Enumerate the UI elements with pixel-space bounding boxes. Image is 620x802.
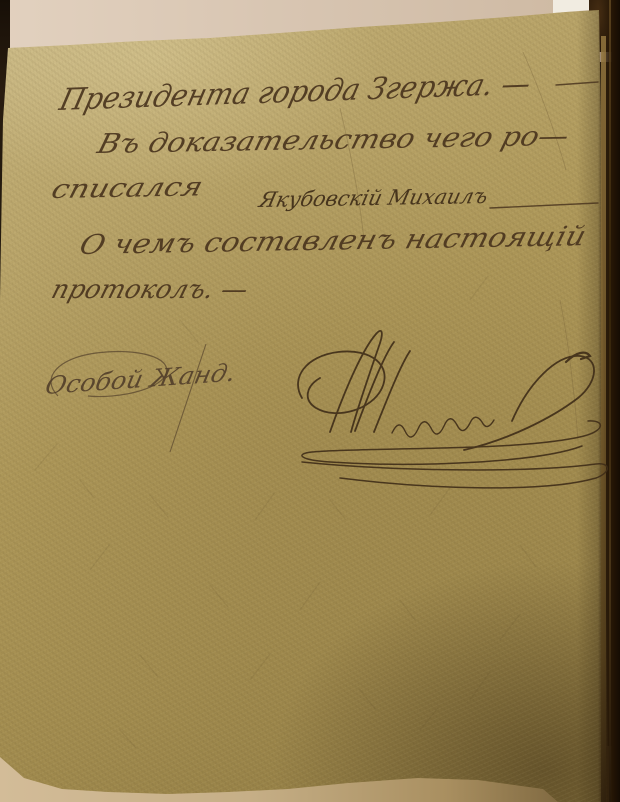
manuscript-line-5: О чемъ составленъ настоящій: [76, 221, 589, 261]
manuscript-line-6: протоколъ. —: [48, 274, 252, 304]
manuscript-line-2: Въ доказательство чего ро—: [93, 120, 572, 160]
photo-of-manuscript: Президента города Згержа. — Въ доказател…: [0, 0, 620, 802]
signature-right-flourish: [298, 331, 607, 488]
manuscript-line-4-name: Якубовскій Михаилъ: [256, 184, 491, 213]
ghost-show-through-strokes: [35, 276, 536, 748]
signature-left-text: Особой Жанд.: [43, 358, 239, 400]
signature-left: Особой Жанд.: [43, 344, 239, 452]
manuscript-line-1: Президента города Згержа. —: [55, 67, 534, 118]
handwriting-layer: Президента города Згержа. — Въ доказател…: [0, 0, 620, 802]
manuscript-line-3: списался: [48, 172, 206, 205]
